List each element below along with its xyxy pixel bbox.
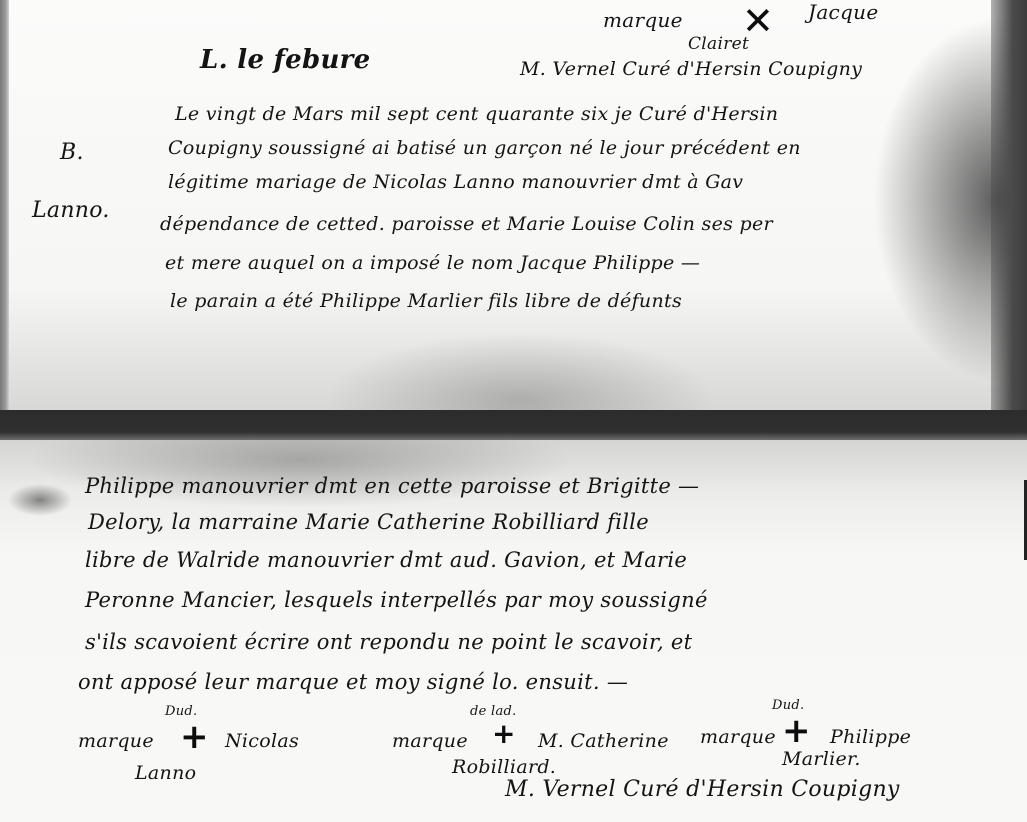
header-signer-clairet: Clairet	[688, 34, 749, 54]
signature-godmother-cross-icon: +	[492, 720, 515, 748]
previous-entry-signature-left: L. le febure	[200, 45, 371, 75]
signature-godmother-first-name: M. Catherine	[538, 730, 669, 752]
signature-godfather-marque-label: marque	[700, 726, 776, 748]
signature-priest: M. Vernel Curé d'Hersin Coupigny	[505, 777, 900, 802]
record-line-1: Le vingt de Mars mil sept cent quarante …	[175, 103, 778, 125]
signature-godfather-last-name: Marlier.	[782, 748, 861, 770]
header-marque-label: marque	[603, 8, 683, 32]
margin-family-name: Lanno.	[32, 198, 110, 223]
record-line-4: dépendance de cetted. paroisse et Marie …	[160, 213, 773, 235]
record-line-2: Coupigny soussigné ai batisé un garçon n…	[168, 137, 801, 159]
record-line-11: s'ils scavoient écrire ont repondu ne po…	[85, 630, 692, 654]
record-line-3: légitime mariage de Nicolas Lanno manouv…	[168, 171, 743, 193]
sheet-left-edge	[0, 0, 9, 410]
signature-godmother-marque-label: marque	[392, 730, 468, 752]
record-line-10: Peronne Mancier, lesquels interpellés pa…	[85, 588, 708, 612]
previous-entry-signature-priest: M. Vernel Curé d'Hersin Coupigny	[520, 58, 862, 80]
signature-father-last-name: Lanno	[135, 762, 196, 784]
lower-register-sheet: Philippe manouvrier dmt en cette paroiss…	[0, 440, 1027, 822]
record-line-6: le parain a été Philippe Marlier fils li…	[170, 290, 682, 312]
sheet-right-shadow	[991, 0, 1027, 410]
signature-godmother-last-name: Robilliard.	[452, 756, 556, 778]
signature-father-first-name: Nicolas	[225, 730, 299, 752]
record-line-8: Delory, la marraine Marie Catherine Robi…	[88, 510, 649, 534]
header-signer-jacque: Jacque	[808, 0, 878, 24]
record-line-5: et mere auquel on a imposé le nom Jacque…	[165, 252, 700, 274]
signature-father-marque-label: marque	[78, 730, 154, 752]
record-line-12: ont apposé leur marque et moy signé lo. …	[78, 670, 628, 694]
scanned-register-page: marque ✕ Jacque Clairet L. le febure M. …	[0, 0, 1027, 822]
signature-father-cross-icon: +	[180, 720, 209, 754]
upper-register-sheet: marque ✕ Jacque Clairet L. le febure M. …	[0, 0, 1027, 410]
margin-baptism-letter: B.	[60, 140, 84, 165]
signature-godfather-first-name: Philippe	[830, 726, 911, 748]
record-line-9: libre de Walride manouvrier dmt aud. Gav…	[85, 548, 687, 572]
record-line-7: Philippe manouvrier dmt en cette paroiss…	[85, 474, 699, 498]
signature-godfather-cross-icon: +	[782, 714, 811, 748]
